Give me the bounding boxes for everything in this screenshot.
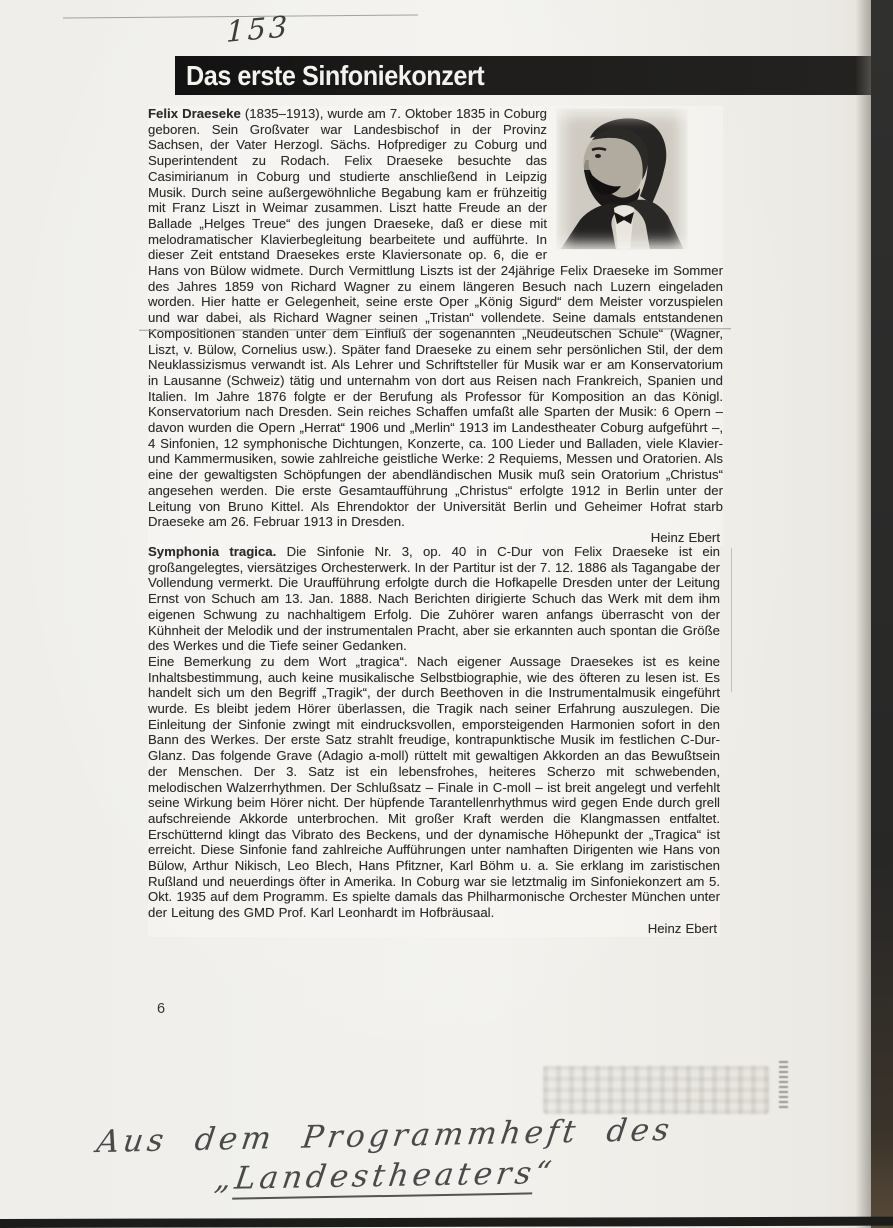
symphonia-lead: Symphonia tragica.	[148, 544, 276, 559]
biography-lead: Felix Draeseke	[148, 106, 241, 121]
article-header-bar: Das erste Sinfoniekonzert	[175, 56, 872, 95]
page-title: Das erste Sinfoniekonzert	[186, 60, 484, 92]
symphonia-body: Eine Bemerkung zu dem Wort „tragica“. Na…	[148, 654, 720, 920]
scan-edge-shadow	[855, 0, 871, 1228]
scan-edge-right	[871, 0, 893, 1228]
handwritten-note: Aus dem Programmheft des „Landestheaters…	[0, 1118, 770, 1194]
close-quote: “	[533, 1155, 558, 1191]
faded-stamp-marks	[779, 1061, 788, 1108]
handwritten-underlined-word: Landestheaters	[232, 1155, 537, 1199]
scan-edge-bottom	[0, 1217, 893, 1228]
clipping-edge-line	[731, 548, 732, 692]
scanned-program-page: 153 Das erste Sinfoniekonzert	[0, 0, 893, 1228]
handwritten-page-number: 153	[226, 9, 291, 49]
symphonia-clipping: Symphonia tragica. Die Sinfonie Nr. 3, o…	[148, 544, 720, 937]
portrait-photo-icon	[556, 108, 688, 250]
symphonia-paragraph: Symphonia tragica. Die Sinfonie Nr. 3, o…	[148, 544, 720, 654]
faded-stamp-artifact	[543, 1066, 769, 1114]
printed-page-number: 6	[157, 1001, 165, 1017]
symphonia-paragraph: Eine Bemerkung zu dem Wort „tragica“. Na…	[148, 654, 720, 921]
biography-clipping: Felix Draeseke (1835–1913), wurde am 7. …	[148, 106, 723, 546]
symphonia-body: Die Sinfonie Nr. 3, op. 40 in C-Dur von …	[148, 544, 720, 653]
draeseke-portrait	[556, 108, 688, 250]
symphonia-signature: Heinz Ebert	[148, 921, 720, 937]
